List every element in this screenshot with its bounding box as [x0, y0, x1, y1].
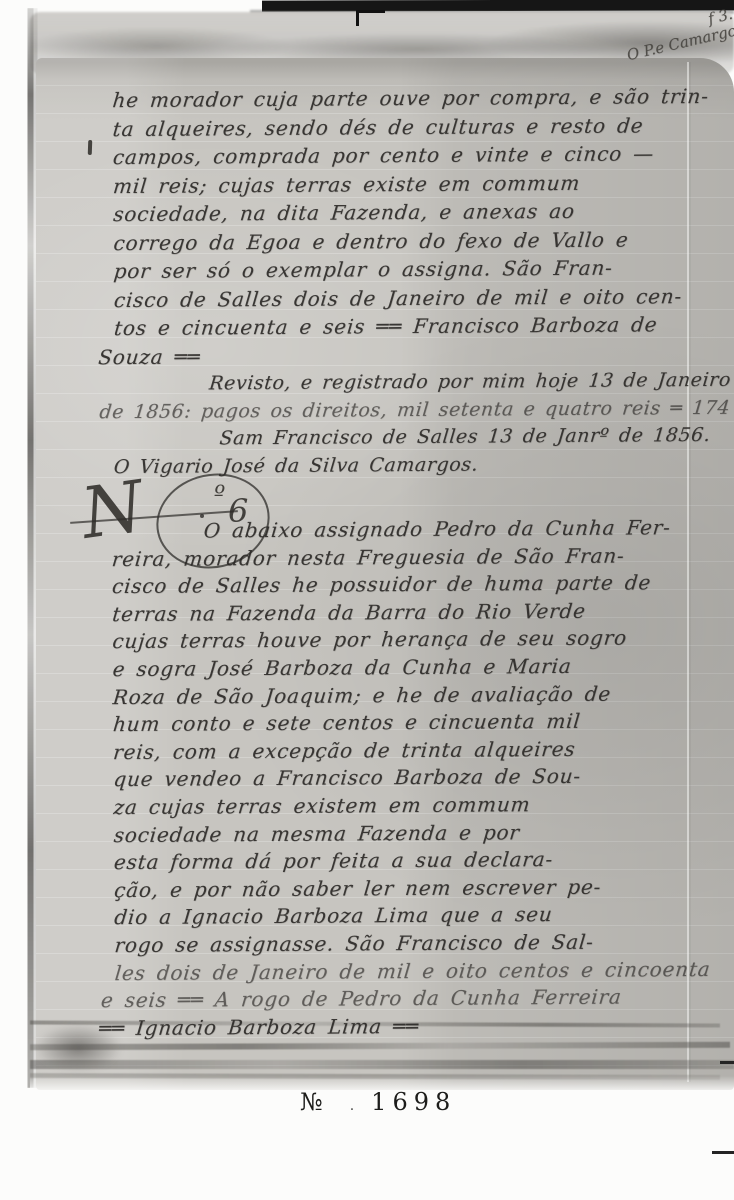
manuscript-line: cujas terras houve por herança de seu so…	[111, 624, 714, 656]
manuscript-line: mil reis; cujas terras existe em commum	[112, 167, 715, 200]
scanned-manuscript-page: f 3. O P.e Camargo he morador cuja parte…	[0, 0, 734, 1200]
manuscript-line: cisco de Salles dois de Janeiro de mil e…	[113, 281, 716, 314]
manuscript-line: he morador cuja parte ouve por compra, e…	[111, 82, 714, 115]
margin-tick-mark	[88, 140, 93, 155]
stamp-number: 1698	[371, 1088, 456, 1116]
manuscript-line: corrego da Egoa e dentro do fexo de Vall…	[112, 224, 715, 257]
manuscript-line: za cujas terras existem em commum	[112, 790, 715, 822]
manuscript-line: que vendeo a Francisco Barboza de Sou-	[112, 762, 715, 794]
manuscript-line: Sam Francisco de Salles 13 de Janrº de 1…	[218, 422, 715, 453]
manuscript-line: sociedade, na dita Fazenda, e anexas ao	[112, 196, 715, 229]
manuscript-line: e seis ══ A rogo de Pedro da Cunha Ferre…	[100, 983, 717, 1015]
manuscript-line: ══ Ignacio Barboza Lima ══	[98, 1011, 717, 1043]
manuscript-line: Revisto, e registrado por mim hoje 13 de…	[208, 367, 715, 398]
manuscript-line: les dois de Janeiro de mil e oito centos…	[113, 955, 716, 987]
manuscript-line: de 1856: pagos os direitos, mil setenta …	[98, 394, 715, 426]
numero-sign: №	[300, 1088, 324, 1116]
manuscript-line: tos e cincuenta e seis ══ Francisco Barb…	[113, 310, 716, 343]
bottom-page-wrinkle	[30, 1060, 734, 1069]
manuscript-line: ta alqueires, sendo dés de culturas e re…	[111, 110, 714, 143]
manuscript-line: e sogra José Barboza da Cunha e Maria	[111, 652, 714, 684]
corner-bracket-mark-icon	[720, 1061, 734, 1079]
archive-number-stamp: №.1698	[300, 1088, 456, 1116]
manuscript-line: campos, comprada por cento e vinte e cin…	[112, 139, 715, 172]
manuscript-line: Roza de São Joaquim; e he de avaliação d…	[112, 679, 715, 711]
manuscript-line: cisco de Salles he possuidor de huma par…	[111, 569, 714, 601]
manuscript-line: por ser só o exemplar o assigna. São Fra…	[112, 253, 715, 286]
manuscript-line: rogo se assignasse. São Francisco de Sal…	[113, 928, 716, 960]
manuscript-line: reira, morador nesta Freguesia de São Fr…	[111, 541, 714, 573]
manuscript-line: hum conto e sete centos e cincuenta mil	[112, 707, 715, 739]
dash-mark	[712, 1151, 734, 1154]
manuscript-line: dio a Ignacio Barboza Lima que a seu	[113, 900, 716, 932]
manuscript-block-1: he morador cuja parte ouve por compra, e…	[111, 82, 713, 371]
stamp-dot: .	[350, 1098, 355, 1114]
manuscript-line: O abaixo assignado Pedro da Cunha Fer-	[202, 514, 713, 545]
record-number-ordinal: º	[214, 480, 225, 508]
manuscript-block-3-record-6: O abaixo assignado Pedro da Cunha Fer- r…	[110, 514, 714, 1042]
manuscript-line: esta forma dá por feita a sua declara-	[113, 845, 716, 877]
manuscript-line: Souza ══	[97, 338, 716, 371]
manuscript-line: sociedade na mesma Fazenda e por	[112, 817, 715, 849]
corner-bracket-mark-icon	[356, 10, 385, 26]
